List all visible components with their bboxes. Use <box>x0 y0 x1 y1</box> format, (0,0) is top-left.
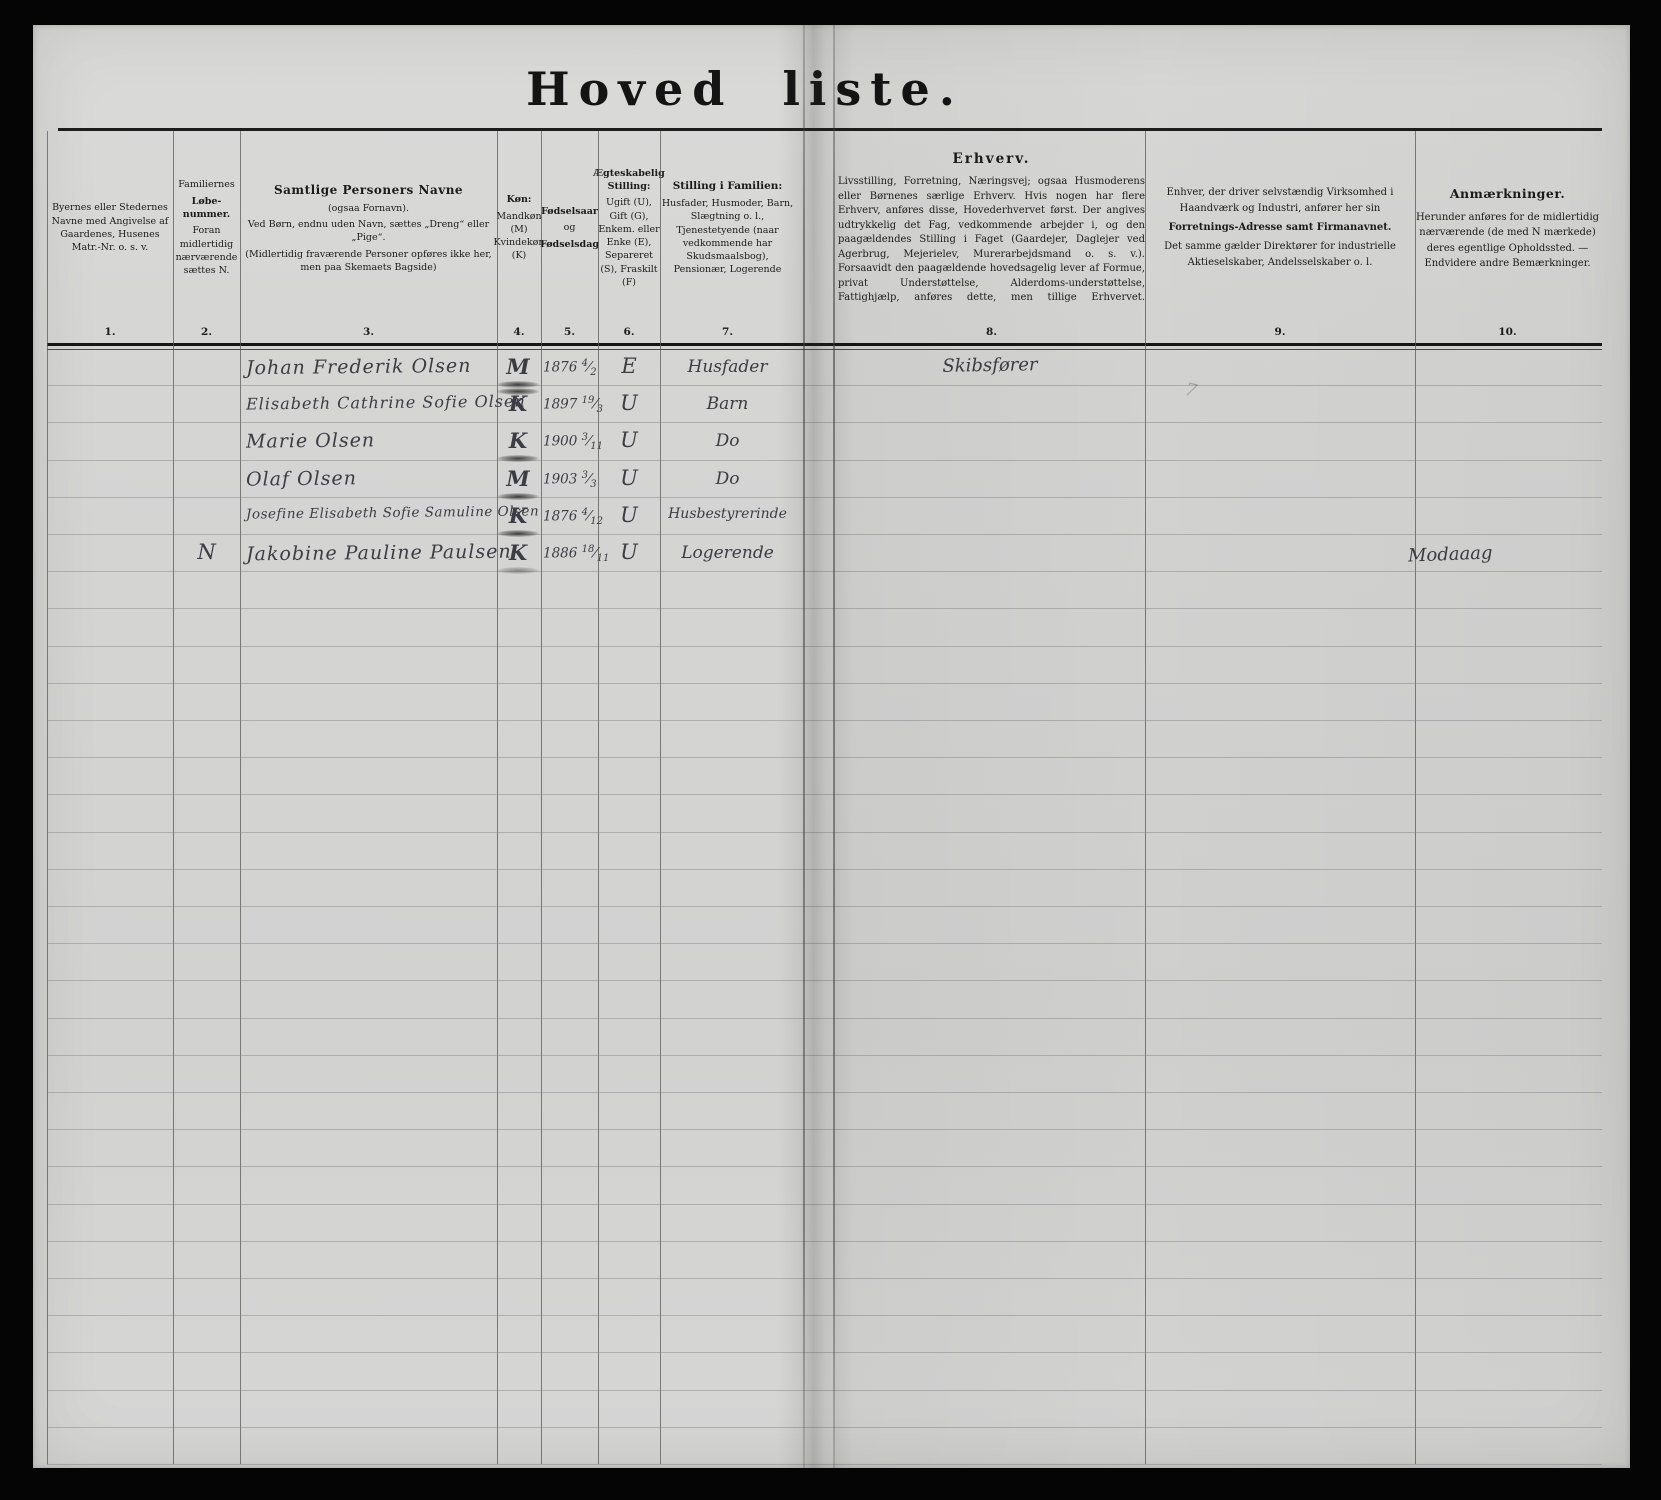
entry-family-position: Do <box>660 431 795 451</box>
row-line <box>47 1018 1602 1019</box>
row-line <box>47 646 1602 647</box>
ink-smudge <box>497 567 539 574</box>
entry-gender: K <box>495 391 541 416</box>
column-divider <box>541 131 542 1464</box>
row-line <box>47 980 1602 981</box>
entry-name: Olaf Olsen <box>246 467 357 490</box>
column-header-3: Samtlige Personers Navne(ogsaa Fornavn).… <box>240 136 497 320</box>
header-text-line: Forretnings-Adresse samt Firmanavnet. <box>1169 220 1392 236</box>
column-number-6: 6. <box>598 326 660 342</box>
page-title: Hoved liste. <box>340 62 1150 116</box>
entry-marital-status: U <box>598 428 660 452</box>
row-line <box>47 720 1602 721</box>
header-text-line: Ved Børn, endnu uden Navn, sættes „Dreng… <box>240 218 497 245</box>
entry-gender: K <box>495 540 541 565</box>
column-divider <box>240 131 241 1464</box>
row-line <box>47 757 1602 758</box>
row-line <box>47 1129 1602 1130</box>
column-number-2: 2. <box>173 326 240 342</box>
entry-birthdate: 1897 19⁄3 <box>541 395 601 415</box>
entry-name: Elisabeth Cathrine Sofie Olsen <box>246 392 526 414</box>
row-line <box>47 1390 1602 1391</box>
row-line <box>47 1464 1602 1465</box>
entry-birthdate: 1903 3⁄3 <box>541 470 601 490</box>
column-divider <box>1145 131 1146 1464</box>
header-text-line: Familiernes <box>178 178 235 191</box>
entry-family-position: Logerende <box>660 543 795 563</box>
column-header-8: Erhverv.Livsstilling, Forretning, Næring… <box>838 136 1145 320</box>
row-line <box>47 1204 1602 1205</box>
header-text-line: Køn: <box>507 193 532 206</box>
column-header-4: Køn:Mandkøn (M) Kvindekøn (K) <box>497 136 541 320</box>
header-text-line: Det samme gælder Direktører for industri… <box>1145 239 1415 271</box>
header-text-line: Stilling i Familien: <box>673 179 783 194</box>
header-text-line: Mandkøn (M) Kvindekøn (K) <box>494 210 545 263</box>
row-line <box>47 943 1602 944</box>
column-number-5: 5. <box>541 326 598 342</box>
entry-marital-status: E <box>598 354 660 378</box>
table-row: NJakobine Pauline PaulsenK1886 18⁄11ULog… <box>0 536 1661 573</box>
column-number-10: 10. <box>1415 326 1600 342</box>
column-divider <box>497 131 498 1464</box>
entry-family-position: Do <box>660 469 795 489</box>
table-row: Marie OlsenK1900 3⁄11UDo <box>0 424 1661 461</box>
row-line <box>47 794 1602 795</box>
scanned-census-page: Hoved liste. Byernes eller Stedernes Nav… <box>0 0 1661 1500</box>
entry-family-position: Husbestyrerinde <box>660 506 795 522</box>
row-line <box>47 906 1602 907</box>
entry-lobenummer: N <box>173 540 240 564</box>
header-text-line: Foran midlertidig nærværende sættes N. <box>173 224 240 277</box>
header-text-line: Enhver, der driver selvstændig Virksomhe… <box>1145 185 1415 217</box>
entry-marital-status: U <box>598 391 660 415</box>
table-row: Johan Frederik OlsenM1876 4⁄2EHusfaderSk… <box>0 350 1661 387</box>
row-line <box>47 1166 1602 1167</box>
entry-family-position: Barn <box>660 394 795 414</box>
entry-name: Marie Olsen <box>246 430 375 453</box>
table-row: Olaf OlsenM1903 3⁄3UDo <box>0 462 1661 499</box>
column-header-1: Byernes eller Stedernes Navne med Angive… <box>47 136 173 320</box>
entry-birthdate: 1886 18⁄11 <box>541 544 601 564</box>
header-text-line: (ogsaa Fornavn). <box>328 202 409 215</box>
row-line <box>47 1278 1602 1279</box>
entry-gender: K <box>495 428 541 453</box>
header-text-line: Livsstilling, Forretning, Næringsvej; og… <box>838 175 1145 306</box>
row-line <box>47 683 1602 684</box>
header-bottom-rule <box>47 343 1602 346</box>
entry-marital-status: U <box>598 540 660 564</box>
column-number-7: 7. <box>660 326 795 342</box>
entry-name: Johan Frederik Olsen <box>246 355 472 379</box>
header-top-rule <box>58 128 1602 131</box>
column-header-10: Anmærkninger.Herunder anføres for de mid… <box>1415 136 1600 320</box>
entry-gender: M <box>495 354 541 379</box>
column-divider <box>1415 131 1416 1464</box>
header-text-line: og <box>564 221 576 234</box>
entry-name: Jakobine Pauline Paulsen <box>246 541 512 566</box>
entry-birthdate: 1900 3⁄11 <box>541 432 601 452</box>
column-number-1: 1. <box>47 326 173 342</box>
column-number-3: 3. <box>240 326 497 342</box>
entry-marital-status: U <box>598 503 660 527</box>
row-line <box>47 1427 1602 1428</box>
table-row: Josefine Elisabeth Sofie Samuline OlsenK… <box>0 499 1661 536</box>
column-divider <box>598 131 599 1464</box>
header-text-line: Fødselsaar <box>541 205 598 218</box>
header-text-line: Husfader, Husmoder, Barn, Slægtning o. l… <box>660 197 795 277</box>
header-text-line: Herunder anføres for de midlertidig nærv… <box>1415 210 1600 272</box>
entry-marital-status: U <box>598 466 660 490</box>
row-line <box>47 1092 1602 1093</box>
column-divider <box>660 131 661 1464</box>
entry-birthdate: 1876 4⁄2 <box>541 358 601 378</box>
header-text-line: Byernes eller Stedernes Navne med Angive… <box>47 201 173 254</box>
entry-family-position: Husfader <box>660 357 795 377</box>
column-header-9: Enhver, der driver selvstændig Virksomhe… <box>1145 136 1415 320</box>
row-line <box>47 832 1602 833</box>
entry-gender: K <box>495 503 541 528</box>
entry-occupation: Skibsfører <box>855 353 1125 379</box>
column-header-2: FamiliernesLøbe-nummer.Foran midlertidig… <box>173 136 240 320</box>
entry-birthdate: 1876 4⁄12 <box>541 507 601 527</box>
column-header-6: Ægteskabelig Stilling:Ugift (U), Gift (G… <box>598 136 660 320</box>
header-text-line: Fødselsdag <box>540 238 599 251</box>
column-header-7: Stilling i Familien:Husfader, Husmoder, … <box>660 136 795 320</box>
header-text-line: Løbe-nummer. <box>173 195 240 222</box>
ink-smudge <box>497 388 539 395</box>
header-text-line: Erhverv. <box>953 150 1031 170</box>
row-line <box>47 1055 1602 1056</box>
header-text-line: Ægteskabelig Stilling: <box>593 167 665 194</box>
row-line <box>47 1315 1602 1316</box>
column-header-5: FødselsaarogFødselsdag <box>541 136 598 320</box>
column-number-8: 8. <box>838 326 1145 342</box>
row-line <box>47 869 1602 870</box>
column-divider <box>173 131 174 1464</box>
column-number-4: 4. <box>497 326 541 342</box>
row-line <box>47 608 1602 609</box>
table-row: Elisabeth Cathrine Sofie OlsenK1897 19⁄3… <box>0 387 1661 424</box>
column-divider <box>47 131 48 1464</box>
row-line <box>47 1352 1602 1353</box>
entry-gender: M <box>495 466 541 491</box>
header-text-line: Ugift (U), Gift (G), Enkem. eller Enke (… <box>598 196 660 289</box>
entry-remark: Modaaag <box>1408 543 1493 567</box>
header-text-line: Samtlige Personers Navne <box>274 182 463 199</box>
header-text-line: (Midlertidig fraværende Personer opføres… <box>240 248 497 275</box>
row-line <box>47 1241 1602 1242</box>
column-number-9: 9. <box>1145 326 1415 342</box>
header-text-line: Anmærkninger. <box>1450 184 1565 203</box>
